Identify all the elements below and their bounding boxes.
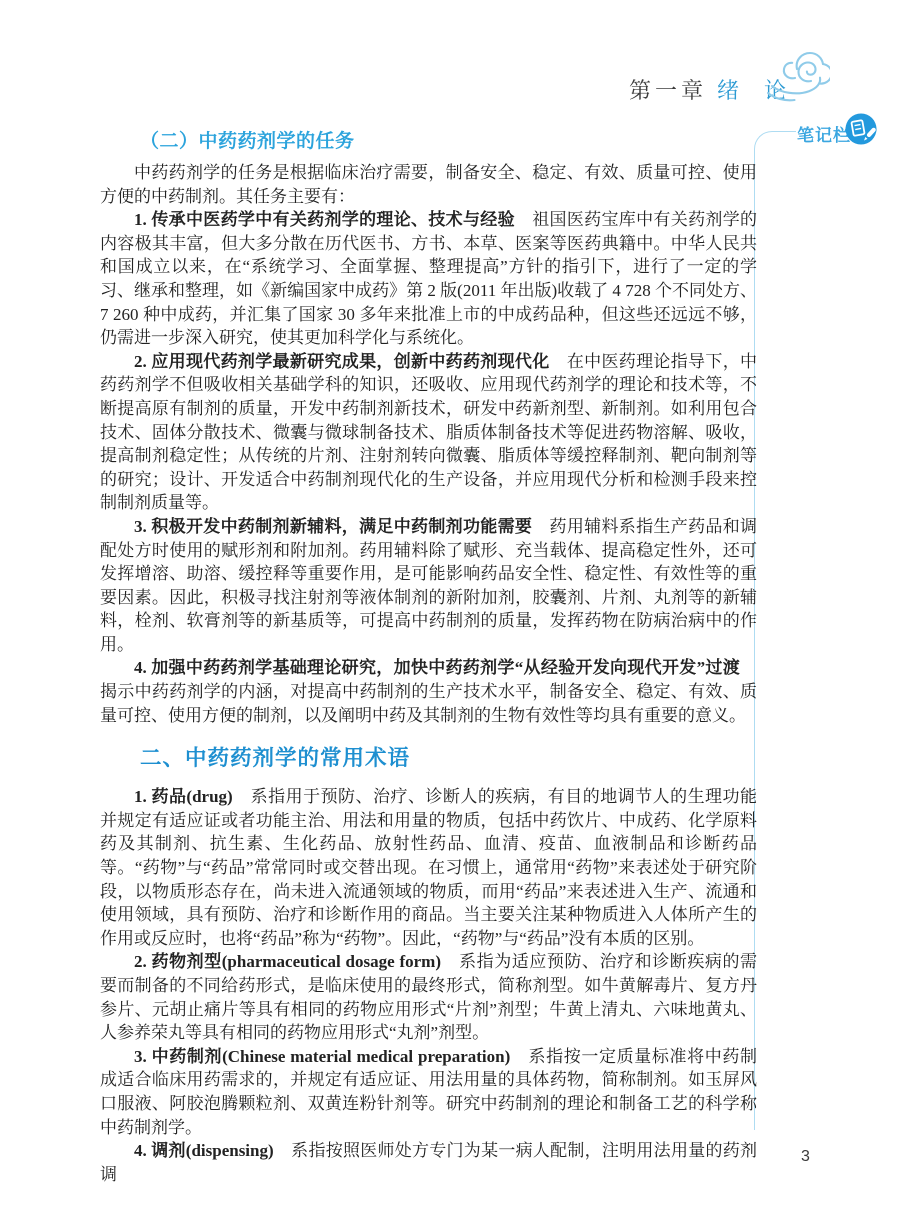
run-in-heading: 4. 调剂(dispensing) xyxy=(134,1141,274,1160)
main-content: （二）中药药剂学的任务中药药剂学的任务是根据临床治疗需要，制备安全、稳定、有效、… xyxy=(100,126,757,1186)
book-page: 第一章 绪论 笔记栏 （二）中药药剂学的任务中药药剂学的任务是根据临床治疗需要， xyxy=(0,0,900,1231)
run-in-heading: 4. 加强中药药剂学基础理论研究，加快中药药剂学“从经验开发向现代开发”过渡 xyxy=(134,658,740,677)
cloud-ornament-icon xyxy=(766,48,830,108)
chapter-header: 第一章 绪论 xyxy=(0,58,900,122)
paragraph: 3. 中药制剂(Chinese material medical prepara… xyxy=(100,1045,757,1139)
run-in-heading: 2. 药物剂型(pharmaceutical dosage form) xyxy=(134,952,441,971)
paragraph-text: 中药药剂学的任务是根据临床治疗需要，制备安全、稳定、有效、质量可控、使用方便的中… xyxy=(100,163,757,206)
paragraph: 1. 药品(drug) 系指用于预防、治疗、诊断人的疾病，有目的地调节人的生理功… xyxy=(100,785,757,950)
paragraph: 2. 应用现代药剂学最新研究成果，创新中药药剂现代化 在中医药理论指导下，中药药… xyxy=(100,350,757,515)
paragraph: 4. 加强中药药剂学基础理论研究，加快中药药剂学“从经验开发向现代开发”过渡 揭… xyxy=(100,656,757,727)
section-heading: 二、中药药剂学的常用术语 xyxy=(100,741,757,772)
run-in-heading: 3. 积极开发中药制剂新辅料，满足中药制剂功能需要 xyxy=(134,517,532,536)
notes-rail-corner-line xyxy=(754,131,796,172)
paragraph: 中药药剂学的任务是根据临床治疗需要，制备安全、稳定、有效、质量可控、使用方便的中… xyxy=(100,161,757,208)
paragraph-text: 祖国医药宝库中有关药剂学的内容极其丰富，但大多分散在历代医书、方书、本草、医案等… xyxy=(100,210,757,347)
paragraph-text: 系指用于预防、治疗、诊断人的疾病，有目的地调节人的生理功能并规定有适应证或者功能… xyxy=(100,787,757,948)
chapter-number: 第一章 xyxy=(629,74,707,105)
run-in-heading: 1. 传承中医药学中有关药剂学的理论、技术与经验 xyxy=(134,210,515,229)
subsection-heading: （二）中药药剂学的任务 xyxy=(100,126,757,153)
paragraph: 2. 药物剂型(pharmaceutical dosage form) 系指为适… xyxy=(100,950,757,1044)
paragraph-text: 在中医药理论指导下，中药药剂学不但吸收相关基础学科的知识，还吸收、应用现代药剂学… xyxy=(100,352,757,513)
run-in-heading: 3. 中药制剂(Chinese material medical prepara… xyxy=(134,1047,510,1066)
run-in-heading: 2. 应用现代药剂学最新研究成果，创新中药药剂现代化 xyxy=(134,352,550,371)
page-number: 3 xyxy=(801,1148,810,1166)
paragraph: 1. 传承中医药学中有关药剂学的理论、技术与经验 祖国医药宝库中有关药剂学的内容… xyxy=(100,208,757,350)
run-in-heading: 1. 药品(drug) xyxy=(134,787,233,806)
paragraph: 4. 调剂(dispensing) 系指按照医师处方专门为某一病人配制，注明用法… xyxy=(100,1139,757,1186)
notebook-pen-icon xyxy=(843,112,881,150)
paragraph: 3. 积极开发中药制剂新辅料，满足中药制剂功能需要 药用辅料系指生产药品和调配处… xyxy=(100,515,757,657)
paragraph-text: 药用辅料系指生产药品和调配处方时使用的赋形剂和附加剂。药用辅料除了赋形、充当载体… xyxy=(100,517,757,654)
